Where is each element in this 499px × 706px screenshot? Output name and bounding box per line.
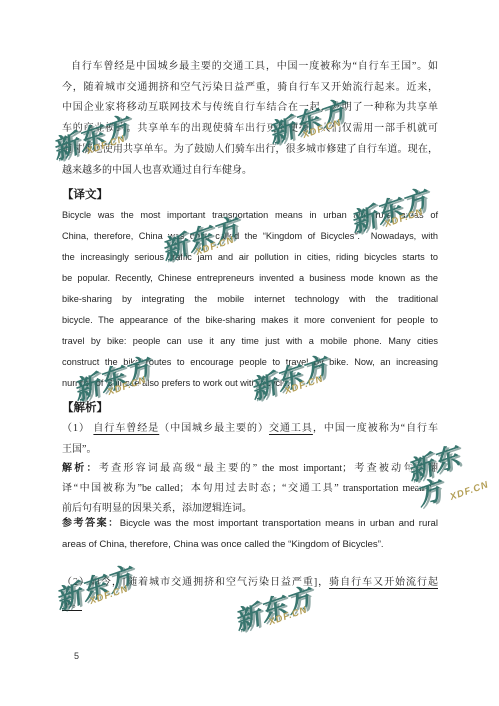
underlined-text: 骑自行车又开始流行起 [329, 577, 438, 588]
text-line: areas of China, therefore, China was onc… [62, 534, 438, 555]
text-line: travel by bike: people can use it any ti… [62, 331, 438, 352]
text-segment: 车的商业模式。共享单车的出现使骑车出行更加便捷，人们仅需用一部手机就可 [62, 123, 438, 134]
analysis-item-1-reference-answer: 参考答案：Bicycle was the most important tran… [62, 513, 438, 555]
text-line: 今，随着城市交通拥挤和空气污染日益严重，骑自行车又开始流行起来。近来， [62, 78, 438, 99]
text-line: Bicycle was the most important transport… [62, 205, 438, 226]
text-segment: （1） [62, 423, 93, 434]
text-segment: Bicycle was the most important transport… [62, 210, 438, 220]
text-line: 王国”。 [62, 440, 438, 461]
text-line: bike-sharing by integrating the mobile i… [62, 289, 438, 310]
text-segment: 今，随着城市交通拥挤和空气污染日益严重，骑自行车又开始流行起来。近来， [62, 82, 438, 93]
source-paragraph: 自行车曾经是中国城乡最主要的交通工具，中国一度被称为“自行车王国”。如今，随着城… [62, 57, 438, 181]
translation-paragraph: Bicycle was the most important transport… [62, 205, 438, 394]
text-segment: ，中国一度被称为“自行车 [313, 423, 438, 434]
text-segment: （中国城乡最主要的） [159, 423, 269, 434]
watermark-domain-text: XDF.CN [449, 480, 490, 503]
text-segment: 越来越多的中国人也喜欢通过自行车健身。 [62, 165, 252, 176]
text-segment: number of Chinese also prefers to work o… [62, 378, 290, 388]
text-line: the increasingly serious traffic jam and… [62, 247, 438, 268]
text-line: 解析：考查形容词最高级“最主要的” the most important；考查被… [62, 459, 438, 479]
text-segment: 中国企业家将移动互联网技术与传统自行车结合在一起，发明了一种称为共享单 [62, 102, 438, 113]
text-segment: （2）如今，[随着城市交通拥挤和空气污染日益严重]， [62, 577, 329, 588]
text-line: （1） 自行车曾经是（中国城乡最主要的）交通工具，中国一度被称为“自行车 [62, 419, 438, 440]
text-line: 中国企业家将移动互联网技术与传统自行车结合在一起，发明了一种称为共享单 [62, 98, 438, 119]
text-line: construct the bike routes to encourage p… [62, 352, 438, 373]
text-segment: China, therefore, China was once called … [62, 231, 438, 241]
text-segment: 王国”。 [62, 444, 96, 455]
text-segment: 考查形容词最高级“最主要的” the most important；考查被动句的… [99, 463, 438, 474]
underlined-text: 自行车曾经是 [93, 423, 159, 434]
text-segment: the increasingly serious traffic jam and… [62, 252, 438, 262]
text-segment: 自行车曾经是中国城乡最主要的交通工具，中国一度被称为“自行车王国”。如 [71, 61, 438, 72]
text-segment: travel by bike: people can use it any ti… [62, 336, 438, 346]
document-page: 自行车曾经是中国城乡最主要的交通工具，中国一度被称为“自行车王国”。如今，随着城… [0, 0, 499, 706]
text-segment: 参考答案： [62, 518, 120, 529]
text-segment: 随时随地使用共享单车。为了鼓励人们骑车出行，很多城市修建了自行车道。现在， [62, 144, 438, 155]
analysis-heading: 【解析】 [62, 400, 108, 416]
text-segment: be popular. Recently, Chinese entreprene… [62, 273, 438, 283]
underlined-text: 来。 [62, 599, 82, 610]
page-number: 5 [74, 651, 79, 661]
text-line: be popular. Recently, Chinese entreprene… [62, 268, 438, 289]
text-segment: bicycle. The appearance of the bike-shar… [62, 315, 438, 325]
analysis-item-1: （1） 自行车曾经是（中国城乡最主要的）交通工具，中国一度被称为“自行车王国”。 [62, 419, 438, 460]
text-line: 车的商业模式。共享单车的出现使骑车出行更加便捷，人们仅需用一部手机就可 [62, 119, 438, 140]
text-line: 自行车曾经是中国城乡最主要的交通工具，中国一度被称为“自行车王国”。如 [62, 57, 438, 78]
translation-heading: 【译文】 [62, 187, 108, 203]
text-line: 译“中国被称为”be called；本句用过去时态；“交通工具” transpo… [62, 479, 438, 499]
text-segment: areas of China, therefore, China was onc… [62, 539, 384, 550]
text-segment: 译“中国被称为”be called；本句用过去时态；“交通工具” transpo… [62, 483, 438, 494]
text-segment: Bicycle was the most important transport… [120, 518, 438, 529]
text-line: bicycle. The appearance of the bike-shar… [62, 310, 438, 331]
text-segment: 解析： [62, 463, 99, 474]
text-segment: bike-sharing by integrating the mobile i… [62, 294, 438, 304]
analysis-item-1-explanation: 解析：考查形容词最高级“最主要的” the most important；考查被… [62, 459, 438, 519]
text-segment: construct the bike routes to encourage p… [62, 357, 438, 367]
text-line: 参考答案：Bicycle was the most important tran… [62, 513, 438, 534]
text-line: （2）如今，[随着城市交通拥挤和空气污染日益严重]，骑自行车又开始流行起 [62, 572, 438, 594]
analysis-item-2: （2）如今，[随着城市交通拥挤和空气污染日益严重]，骑自行车又开始流行起来。 [62, 572, 438, 615]
text-line: 随时随地使用共享单车。为了鼓励人们骑车出行，很多城市修建了自行车道。现在， [62, 140, 438, 161]
underlined-text: 交通工具 [269, 423, 313, 434]
text-line: number of Chinese also prefers to work o… [62, 373, 438, 394]
text-line: 越来越多的中国人也喜欢通过自行车健身。 [62, 161, 438, 182]
text-line: 来。 [62, 594, 438, 616]
text-line: China, therefore, China was once called … [62, 226, 438, 247]
